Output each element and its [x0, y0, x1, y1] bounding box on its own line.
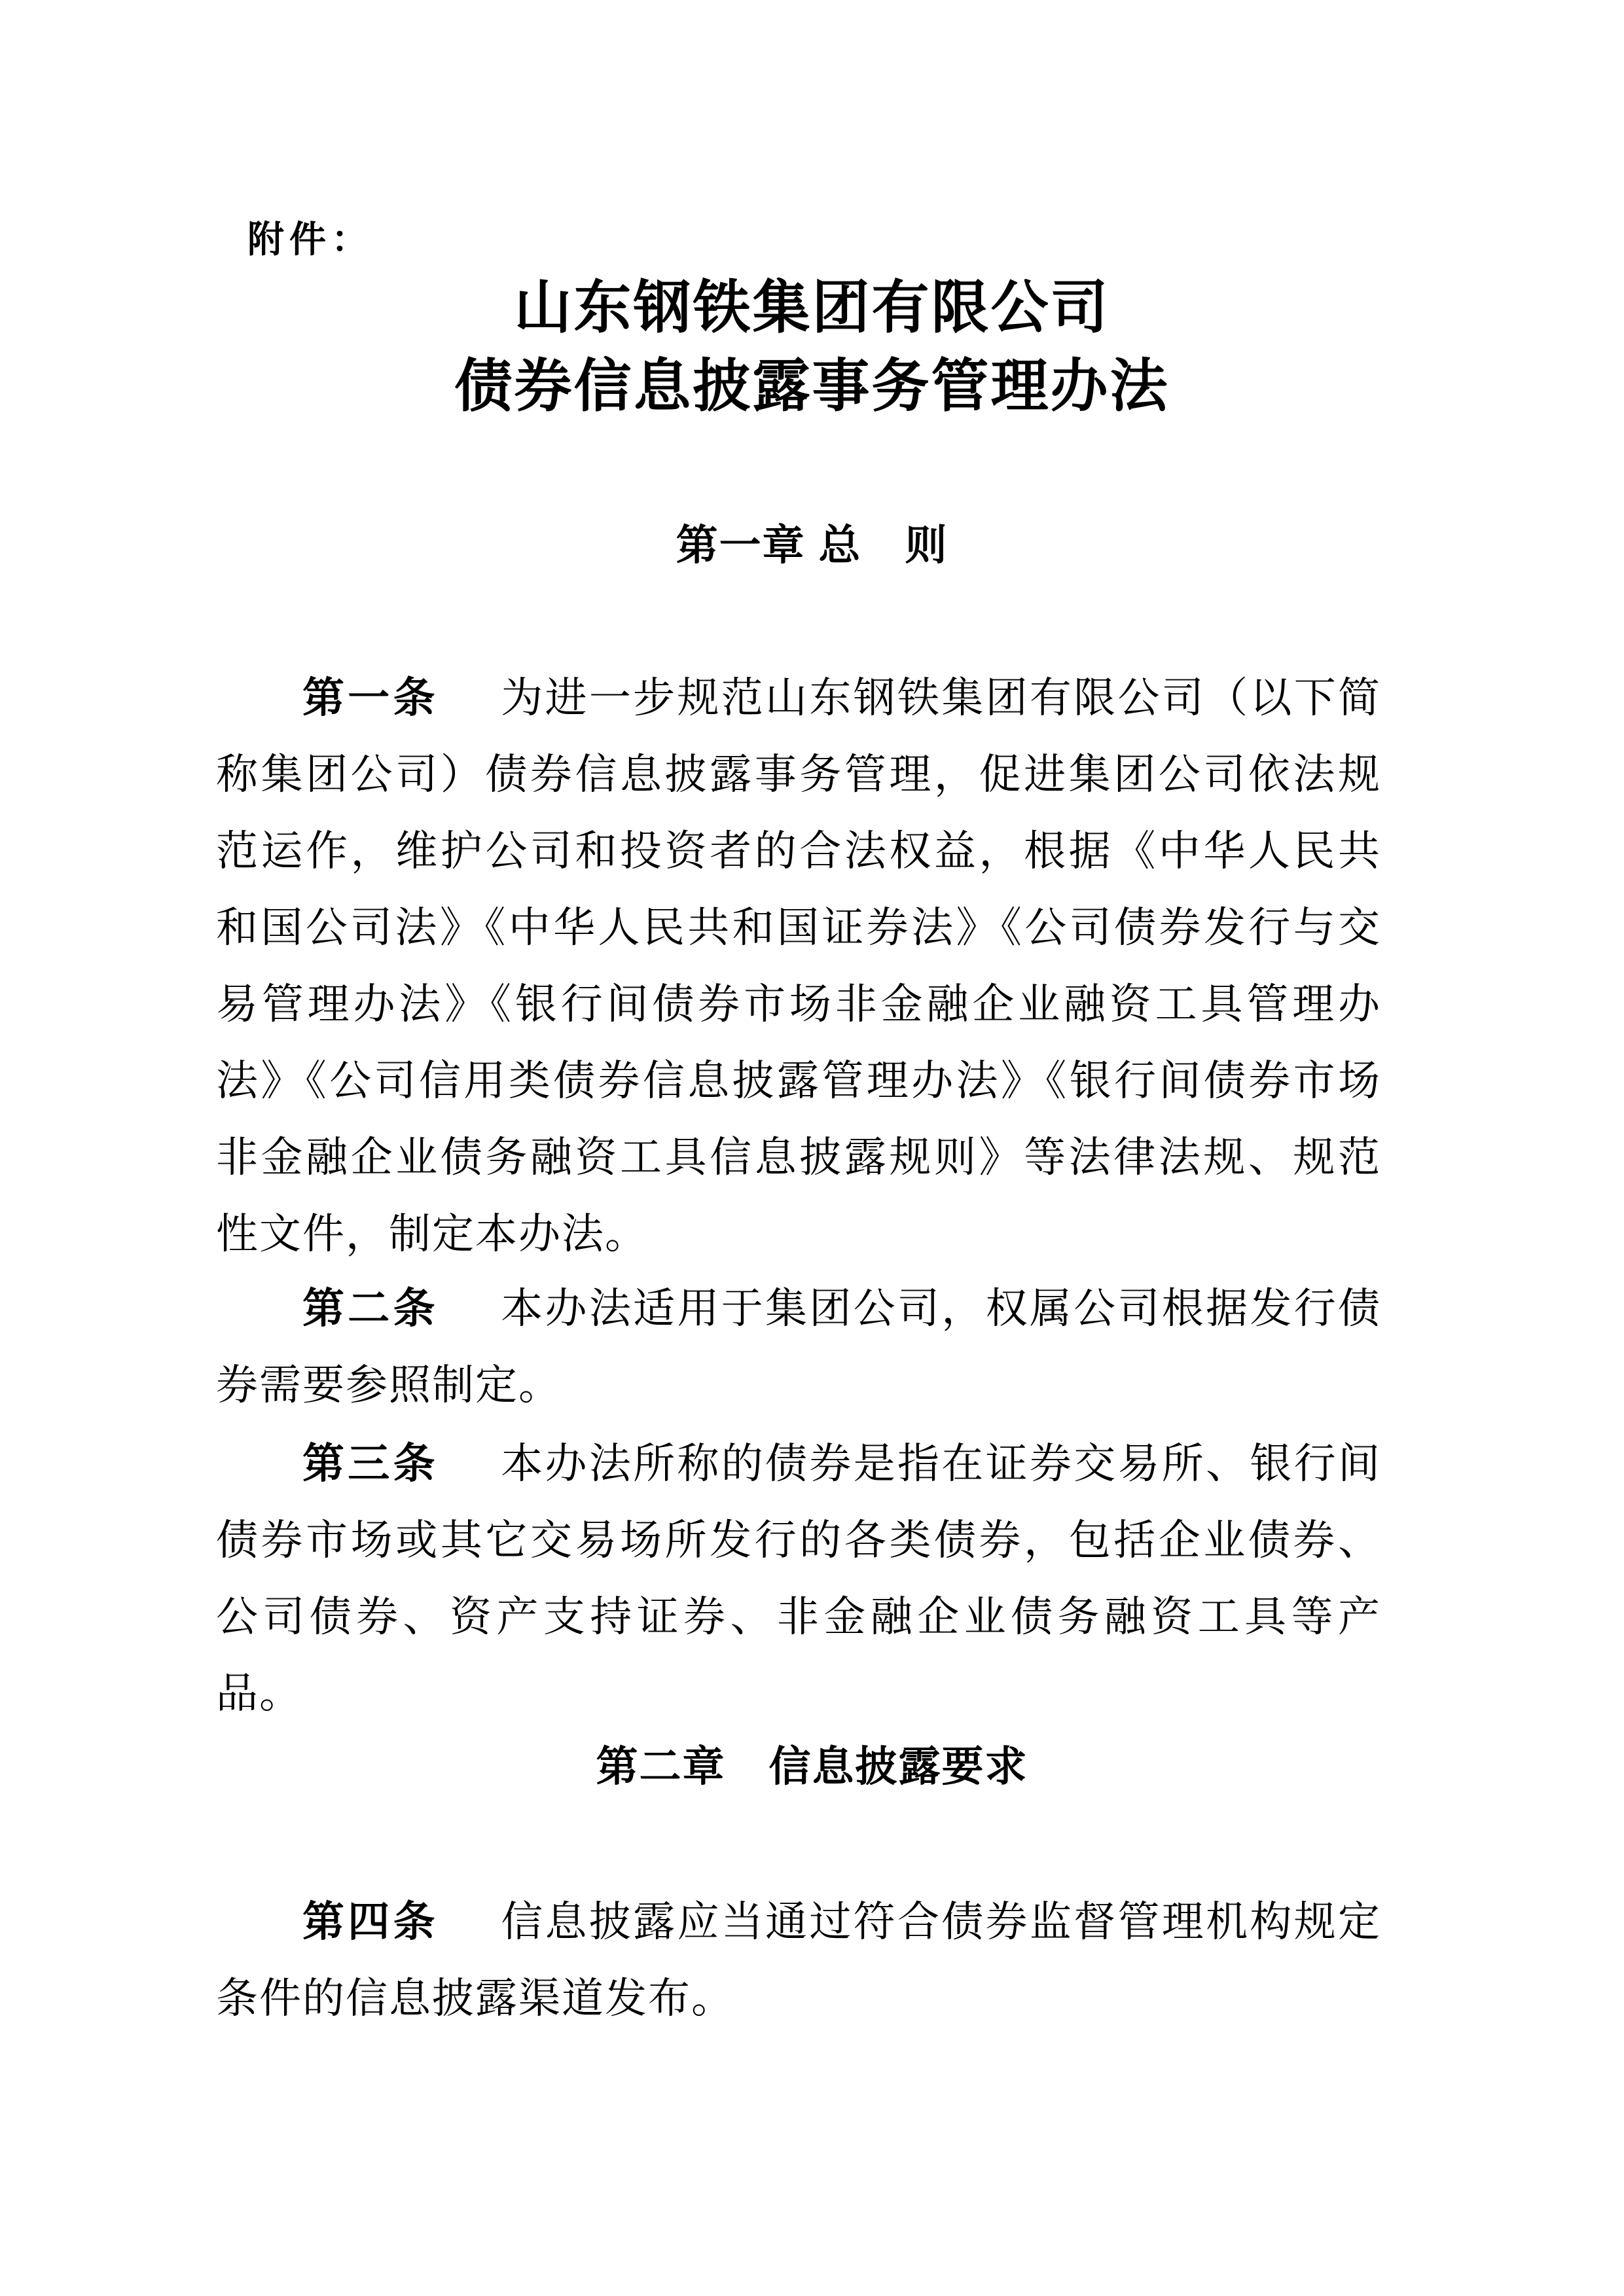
article-3-label: 第三条	[302, 1440, 439, 1487]
document-title-line-2: 债券信息披露事务管理办法	[216, 347, 1408, 425]
article-2-label: 第二条	[302, 1285, 439, 1332]
document-title: 山东钢铁集团有限公司 债券信息披露事务管理办法	[216, 268, 1408, 425]
chapter-2-heading: 第二章 信息披露要求	[216, 1737, 1408, 1796]
article-1-text: 为进一步规范山东钢铁集团有限公司（以下简称集团公司）债券信息披露事务管理，促进集…	[216, 675, 1381, 1257]
article-4: 第四条 信息披露应当通过符合债券监督管理机构规定条件的信息披露渠道发布。	[216, 1884, 1381, 2037]
article-2: 第二条 本办法适用于集团公司，权属公司根据发行债券需要参照制定。	[216, 1270, 1381, 1424]
article-1-label: 第一条	[302, 674, 439, 721]
document-title-line-1: 山东钢铁集团有限公司	[216, 268, 1408, 347]
article-4-label: 第四条	[302, 1898, 439, 1945]
article-3: 第三条 本办法所称的债券是指在证券交易所、银行间债券市场或其它交易场所发行的各类…	[216, 1426, 1381, 1732]
document-page: 附件： 山东钢铁集团有限公司 债券信息披露事务管理办法 第一章 总 则 第一条 …	[0, 0, 1624, 2296]
article-1: 第一条 为进一步规范山东钢铁集团有限公司（以下简称集团公司）债券信息披露事务管理…	[216, 660, 1381, 1272]
attachment-label: 附件：	[247, 213, 373, 266]
chapter-1-heading: 第一章 总 则	[216, 516, 1408, 575]
